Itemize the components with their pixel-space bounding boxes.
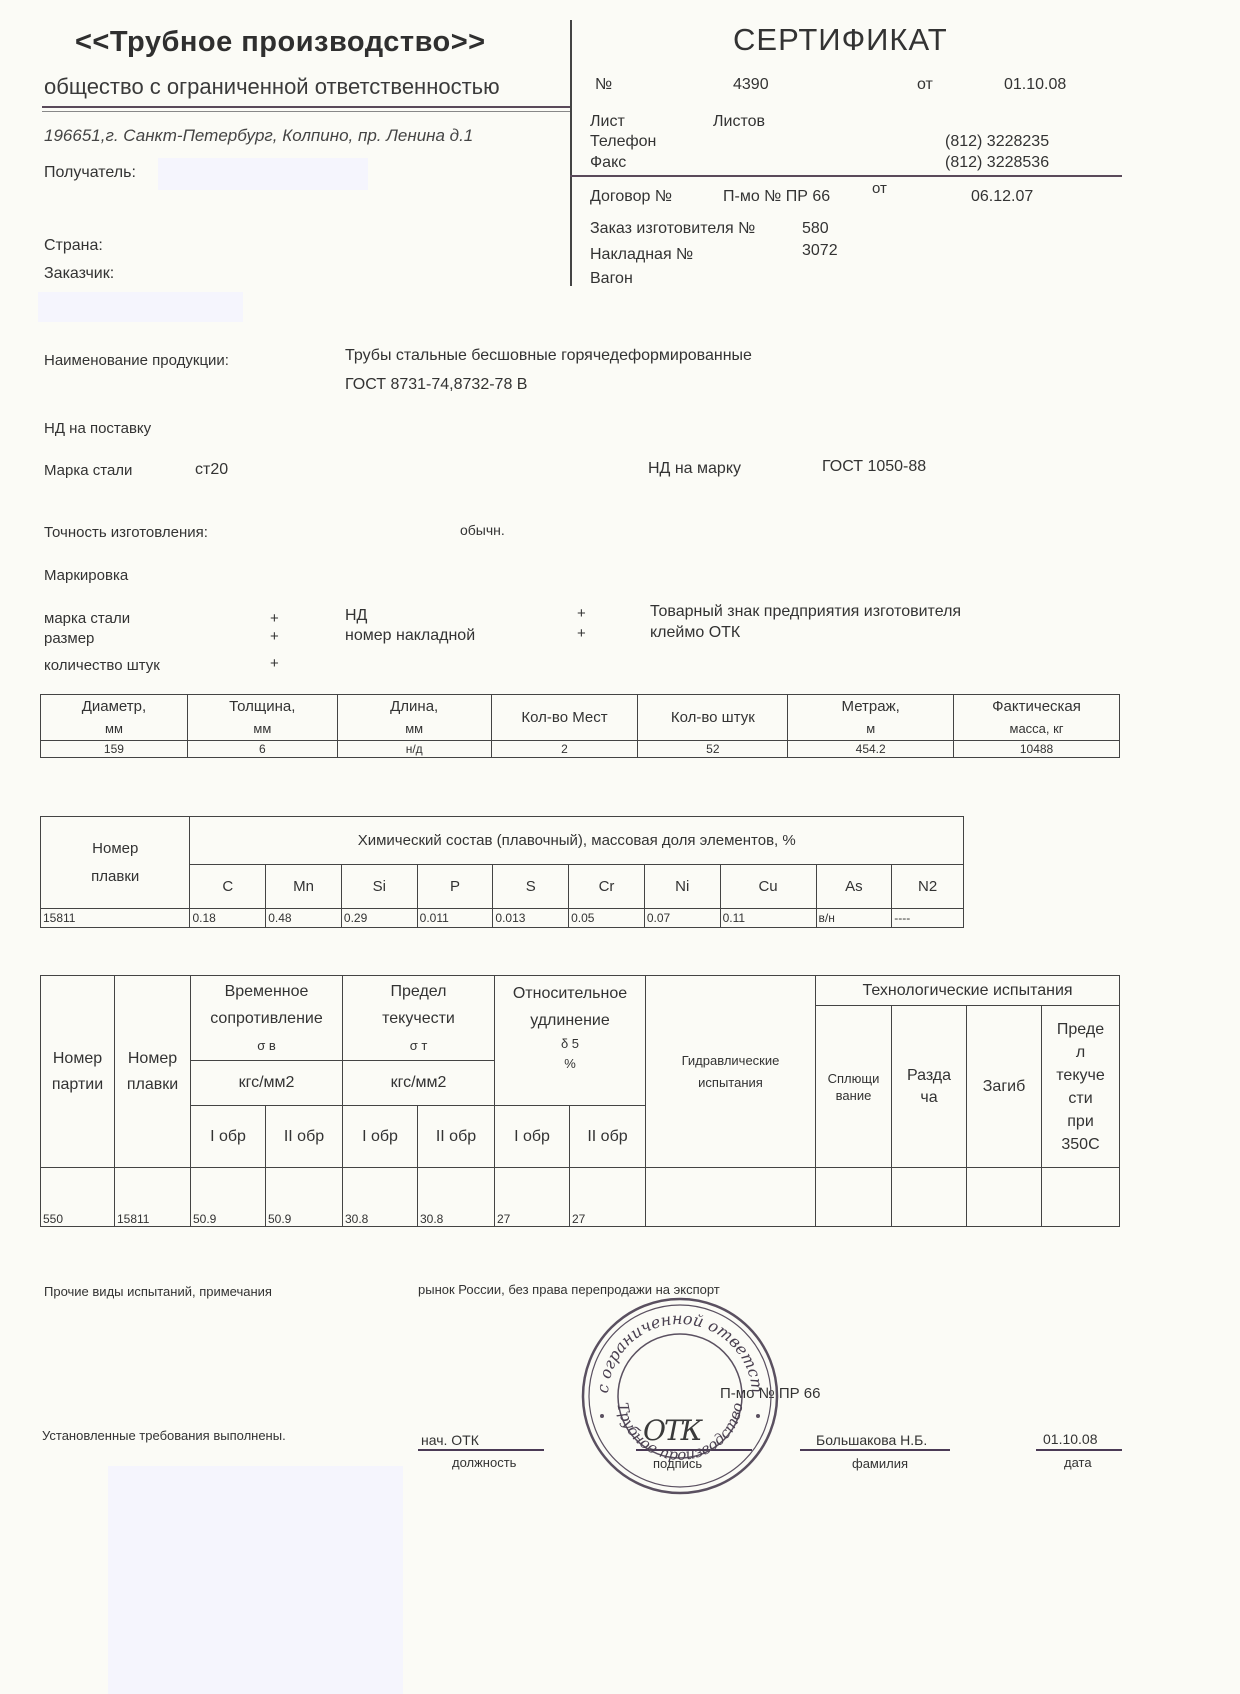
certificate-title: СЕРТИФИКАТ bbox=[733, 22, 948, 58]
cell-cr: 0.05 bbox=[569, 909, 645, 928]
cell-diameter: 159 bbox=[41, 741, 188, 758]
col-header-thickness: Толщина, bbox=[187, 695, 337, 718]
yield350-line1: Преде bbox=[1042, 1018, 1119, 1041]
cell-lot: 550 bbox=[41, 1168, 115, 1227]
customer-label: Заказчик: bbox=[44, 265, 114, 283]
marking-item-waybill: номер накладной bbox=[345, 627, 475, 645]
date-line bbox=[1036, 1449, 1122, 1451]
phone-label: Телефон bbox=[590, 133, 656, 151]
heat-header-line1: Номер bbox=[115, 1046, 190, 1072]
element-si: Si bbox=[341, 865, 417, 909]
company-name: <<Трубное производство>> bbox=[75, 26, 486, 59]
element-as: As bbox=[816, 865, 892, 909]
nd-grade: ГОСТ 1050-88 bbox=[822, 458, 926, 476]
heat-header-line1: Номер bbox=[41, 835, 189, 863]
order-number: 580 bbox=[802, 220, 829, 238]
cell-yield-1: 30.8 bbox=[343, 1168, 418, 1227]
nd-supply-label: НД на поставку bbox=[44, 420, 151, 437]
elongation-unit: % bbox=[495, 1054, 645, 1074]
cell-hydraulic bbox=[646, 1168, 816, 1227]
cell-tensile-2: 50.9 bbox=[266, 1168, 343, 1227]
sheets-label: Листов bbox=[713, 113, 765, 131]
accuracy-label: Точность изготовления: bbox=[44, 524, 208, 541]
cell-mass: 10488 bbox=[954, 741, 1120, 758]
waybill-number: 3072 bbox=[802, 242, 838, 260]
element-n2: N2 bbox=[892, 865, 964, 909]
tech-col-expansion: Разда ча bbox=[892, 1006, 967, 1168]
yield350-line3: текуче bbox=[1042, 1064, 1119, 1087]
cell-si: 0.29 bbox=[341, 909, 417, 928]
tensile-sample-2: II обр bbox=[266, 1106, 343, 1168]
cell-yield-350c bbox=[1042, 1168, 1120, 1227]
cell-tensile-1: 50.9 bbox=[191, 1168, 266, 1227]
marking-item-size: размер bbox=[44, 630, 94, 647]
cell-flattening bbox=[816, 1168, 892, 1227]
contract-label: Договор № bbox=[590, 188, 672, 206]
marking-mark: + bbox=[270, 628, 279, 645]
tensile-symbol: σ в bbox=[191, 1032, 342, 1059]
sheet-label: Лист bbox=[590, 113, 625, 131]
table-row: 550 15811 50.9 50.9 30.8 30.8 27 27 bbox=[41, 1168, 1120, 1227]
cell-elongation-1: 27 bbox=[495, 1168, 570, 1227]
unit-meterage: м bbox=[788, 718, 954, 741]
tensile-title-line2: сопротивление bbox=[191, 1005, 342, 1032]
heat-header: Номер плавки bbox=[41, 817, 190, 909]
cell-n2: ---- bbox=[892, 909, 964, 928]
tensile-header: Временное сопротивление σ в bbox=[191, 976, 343, 1061]
cell-places: 2 bbox=[491, 741, 638, 758]
yield350-line5: при bbox=[1042, 1110, 1119, 1133]
contract-date: 06.12.07 bbox=[971, 188, 1033, 206]
position-caption: должность bbox=[452, 1455, 516, 1470]
lot-header-line1: Номер bbox=[41, 1046, 114, 1072]
cell-elongation-2: 27 bbox=[570, 1168, 646, 1227]
company-stamp-icon: Общество с ограниченной ответственностью… bbox=[580, 1296, 780, 1496]
cell-pieces: 52 bbox=[638, 741, 788, 758]
phone-number: (812) 3228235 bbox=[945, 133, 1049, 151]
fax-label: Факс bbox=[590, 154, 626, 172]
fax-number: (812) 3228536 bbox=[945, 154, 1049, 172]
yield-symbol: σ т bbox=[343, 1032, 494, 1059]
cell-yield-2: 30.8 bbox=[418, 1168, 495, 1227]
contacts-divider bbox=[570, 175, 1122, 177]
company-address: 196651,г. Санкт-Петербург, Колпино, пр. … bbox=[44, 126, 473, 146]
marking-item-trademark: Товарный знак предприятия изготовителя bbox=[650, 603, 961, 621]
element-cr: Cr bbox=[569, 865, 645, 909]
requirements-met: Установленные требования выполнены. bbox=[42, 1428, 286, 1443]
col-header-length: Длина, bbox=[337, 695, 491, 718]
cell-c: 0.18 bbox=[190, 909, 266, 928]
product-name-line2: ГОСТ 8731-74,8732-78 В bbox=[345, 376, 527, 394]
yield-sample-2: II обр bbox=[418, 1106, 495, 1168]
header-vertical-divider bbox=[570, 20, 572, 286]
col-header-places: Кол-во Мест bbox=[491, 695, 638, 741]
contract-number: П-мо № ПР 66 bbox=[723, 188, 830, 206]
chemistry-group-header: Химический состав (плавочный), массовая … bbox=[190, 817, 964, 865]
mechanical-table: Номер партии Номер плавки Временное сопр… bbox=[40, 975, 1120, 1227]
element-c: C bbox=[190, 865, 266, 909]
yield350-line6: 350С bbox=[1042, 1133, 1119, 1156]
cell-as: в/н bbox=[816, 909, 892, 928]
marking-mark: + bbox=[270, 655, 279, 672]
yield-title-line1: Предел bbox=[343, 978, 494, 1005]
stamp-bottom-text: Трубное производство bbox=[613, 1401, 746, 1464]
marking-mark: + bbox=[577, 605, 586, 622]
yield-sample-1: I обр bbox=[343, 1106, 418, 1168]
steel-grade: ст20 bbox=[195, 461, 228, 479]
name-caption: фамилия bbox=[852, 1456, 908, 1471]
element-p: P bbox=[417, 865, 493, 909]
other-tests-value: рынок России, без права перепродажи на э… bbox=[418, 1282, 720, 1297]
accuracy-value: обычн. bbox=[460, 522, 505, 538]
hydraulic-header: Гидравлические испытания bbox=[646, 976, 816, 1168]
name-line bbox=[800, 1449, 950, 1451]
tech-col-yield-350c: Преде л текуче сти при 350С bbox=[1042, 1006, 1120, 1168]
position-line bbox=[418, 1449, 544, 1451]
unit-mass: масса, кг bbox=[954, 718, 1120, 741]
date-caption: дата bbox=[1064, 1455, 1092, 1470]
expansion-line2: ча bbox=[892, 1087, 966, 1109]
element-cu: Cu bbox=[720, 865, 816, 909]
table-row: 159 6 н/д 2 52 454.2 10488 bbox=[41, 741, 1120, 758]
tech-col-flattening: Сплющи вание bbox=[816, 1006, 892, 1168]
waybill-label: Накладная № bbox=[590, 246, 693, 264]
cell-ni: 0.07 bbox=[644, 909, 720, 928]
unit-thickness: мм bbox=[187, 718, 337, 741]
cell-s: 0.013 bbox=[493, 909, 569, 928]
yield350-line4: сти bbox=[1042, 1087, 1119, 1110]
flattening-line2: вание bbox=[816, 1087, 891, 1104]
cert-from-label: от bbox=[917, 76, 933, 94]
contract-from-label: от bbox=[872, 180, 887, 197]
lot-header: Номер партии bbox=[41, 976, 115, 1168]
position-value: нач. ОТК bbox=[421, 1432, 479, 1448]
elongation-symbol: δ 5 bbox=[495, 1034, 645, 1054]
steel-grade-label: Марка стали bbox=[44, 462, 132, 479]
cell-bend bbox=[967, 1168, 1042, 1227]
unit-length: мм bbox=[337, 718, 491, 741]
tech-tests-header: Технологические испытания bbox=[816, 976, 1120, 1006]
marking-item-nd: НД bbox=[345, 607, 367, 625]
recipient-redacted bbox=[158, 158, 368, 190]
cell-thickness: 6 bbox=[187, 741, 337, 758]
col-header-mass: Фактическая bbox=[954, 695, 1120, 718]
marking-item-otk-stamp: клеймо ОТК bbox=[650, 624, 740, 642]
elongation-sample-1: I обр bbox=[495, 1106, 570, 1168]
tensile-title-line1: Временное bbox=[191, 978, 342, 1005]
cell-meterage: 454.2 bbox=[788, 741, 954, 758]
elongation-sample-2: II обр bbox=[570, 1106, 646, 1168]
header-divider-thin bbox=[42, 111, 570, 112]
tech-col-bend: Загиб bbox=[967, 1006, 1042, 1168]
product-name-line1: Трубы стальные бесшовные горячедеформиро… bbox=[345, 347, 752, 365]
recipient-label: Получатель: bbox=[44, 164, 136, 182]
yield-unit: кгс/мм2 bbox=[343, 1061, 495, 1106]
wagon-label: Вагон bbox=[590, 270, 633, 288]
order-label: Заказ изготовителя № bbox=[590, 220, 755, 238]
flattening-line1: Сплющи bbox=[816, 1070, 891, 1087]
name-value: Большакова Н.Б. bbox=[816, 1432, 927, 1448]
cert-number-label: № bbox=[595, 76, 612, 94]
nd-grade-label: НД на марку bbox=[648, 460, 741, 478]
table-row: 15811 0.18 0.48 0.29 0.011 0.013 0.05 0.… bbox=[41, 909, 964, 928]
header-divider bbox=[42, 106, 570, 108]
cell-p: 0.011 bbox=[417, 909, 493, 928]
yield-header: Предел текучести σ т bbox=[343, 976, 495, 1061]
cell-expansion bbox=[892, 1168, 967, 1227]
col-header-diameter: Диаметр, bbox=[41, 695, 188, 718]
cell-length: н/д bbox=[337, 741, 491, 758]
marking-title: Маркировка bbox=[44, 567, 128, 584]
tensile-unit: кгс/мм2 bbox=[191, 1061, 343, 1106]
cell-mn: 0.48 bbox=[266, 909, 342, 928]
cert-number: 4390 bbox=[733, 76, 769, 94]
hydraulic-line2: испытания bbox=[646, 1072, 815, 1094]
yield-title-line2: текучести bbox=[343, 1005, 494, 1032]
cell-cu: 0.11 bbox=[720, 909, 816, 928]
cert-date: 01.10.08 bbox=[1004, 76, 1066, 94]
marking-mark: + bbox=[270, 610, 279, 627]
marking-item-quantity: количество штук bbox=[44, 657, 160, 674]
element-s: S bbox=[493, 865, 569, 909]
cell-heat: 15811 bbox=[41, 909, 190, 928]
hydraulic-line1: Гидравлические bbox=[646, 1050, 815, 1072]
elongation-title-line1: Относительное bbox=[495, 980, 645, 1007]
date-value: 01.10.08 bbox=[1043, 1431, 1098, 1447]
product-name-label: Наименование продукции: bbox=[44, 352, 229, 369]
element-mn: Mn bbox=[266, 865, 342, 909]
unit-diameter: мм bbox=[41, 718, 188, 741]
col-header-meterage: Метраж, bbox=[788, 695, 954, 718]
marking-item-steel-grade: марка стали bbox=[44, 610, 130, 627]
chemistry-table: Номер плавки Химический состав (плавочны… bbox=[40, 816, 964, 928]
elongation-title-line2: удлинение bbox=[495, 1007, 645, 1034]
yield350-line2: л bbox=[1042, 1041, 1119, 1064]
element-ni: Ni bbox=[644, 865, 720, 909]
svg-text:Трубное производство: Трубное производство bbox=[613, 1401, 746, 1464]
elongation-header: Относительное удлинение δ 5 % bbox=[495, 976, 646, 1106]
other-tests-label: Прочие виды испытаний, примечания bbox=[44, 1284, 272, 1299]
lot-header-line2: партии bbox=[41, 1072, 114, 1098]
dimensions-table: Диаметр, Толщина, Длина, Кол-во Мест Кол… bbox=[40, 694, 1120, 758]
customer-redacted bbox=[38, 292, 243, 322]
redacted-block bbox=[108, 1466, 403, 1694]
col-header-pieces: Кол-во штук bbox=[638, 695, 788, 741]
marking-mark: + bbox=[577, 625, 586, 642]
heat-header: Номер плавки bbox=[115, 976, 191, 1168]
heat-header-line2: плавки bbox=[115, 1072, 190, 1098]
cell-heat: 15811 bbox=[115, 1168, 191, 1227]
org-form: общество с ограниченной ответственностью bbox=[44, 74, 500, 100]
country-label: Страна: bbox=[44, 237, 103, 255]
heat-header-line2: плавки bbox=[41, 863, 189, 891]
tensile-sample-1: I обр bbox=[191, 1106, 266, 1168]
expansion-line1: Разда bbox=[892, 1065, 966, 1087]
